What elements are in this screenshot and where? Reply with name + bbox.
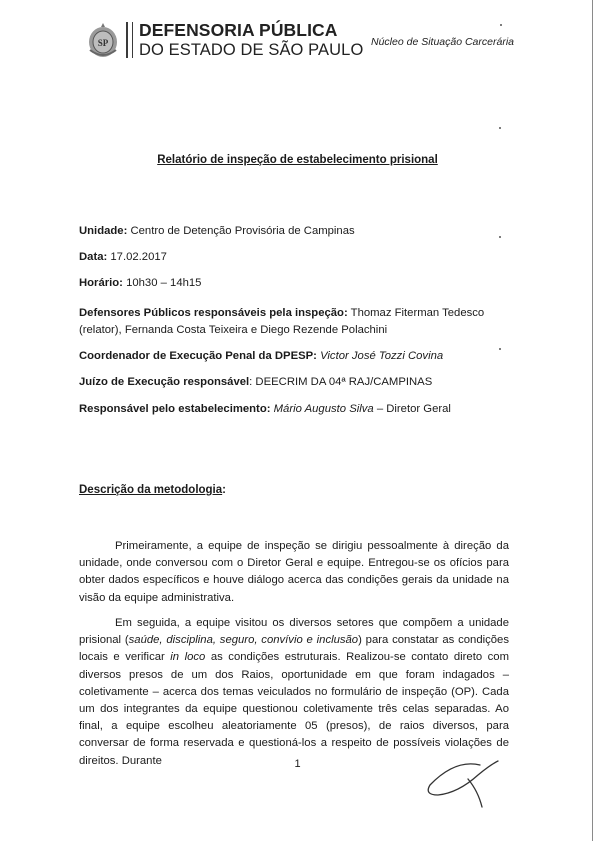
field-coordenador: Coordenador de Execução Penal da DPESP: …	[79, 348, 519, 365]
paragraph-2: Em seguida, a equipe visitou os diversos…	[79, 615, 509, 770]
svg-text:SP: SP	[98, 38, 109, 48]
page-edge	[592, 0, 593, 841]
logo-divider	[132, 22, 133, 58]
text-run-italic: saúde, disciplina, seguro, convívio e in…	[129, 634, 358, 646]
section-heading-text: Descrição da metodologia	[79, 484, 222, 496]
field-label: Horário:	[79, 277, 123, 289]
letterhead: SP DEFENSORIA PÚBLICA DO ESTADO DE SÃO P…	[86, 18, 363, 62]
field-label: Juízo de Execução responsável	[79, 376, 249, 388]
logo-line1: DEFENSORIA PÚBLICA	[139, 22, 363, 40]
field-value: 10h30 – 14h15	[126, 277, 201, 289]
logo-line2: DO ESTADO DE SÃO PAULO	[139, 42, 363, 59]
unit-name: Núcleo de Situação Carcerária	[371, 36, 514, 48]
field-label: Unidade:	[79, 225, 127, 237]
scan-speck	[499, 236, 501, 238]
field-label: Coordenador de Execução Penal da DPESP:	[79, 350, 317, 362]
section-heading: Descrição da metodologia:	[79, 484, 226, 496]
text-run-italic: in loco	[170, 651, 205, 663]
document-title: Relatório de inspeção de estabelecimento…	[0, 154, 595, 166]
field-value: Centro de Detenção Provisória de Campina…	[130, 225, 354, 237]
logo-wordmark: DEFENSORIA PÚBLICA DO ESTADO DE SÃO PAUL…	[139, 22, 363, 58]
section-heading-colon: :	[222, 484, 226, 496]
field-horario: Horário: 10h30 – 14h15	[79, 275, 519, 292]
field-juizo: Juízo de Execução responsável: DEECRIM D…	[79, 374, 519, 391]
field-responsavel: Responsável pelo estabelecimento: Mário …	[79, 401, 519, 418]
field-label: Data:	[79, 251, 107, 263]
signature-icon	[420, 757, 510, 813]
field-defensores: Defensores Públicos responsáveis pela in…	[79, 305, 519, 339]
field-label: Responsável pelo estabelecimento:	[79, 403, 271, 415]
logo-divider	[126, 22, 128, 58]
scan-speck	[500, 24, 502, 26]
text-run: as condições estruturais. Realizou-se co…	[79, 651, 509, 766]
scan-speck	[499, 348, 501, 350]
field-value-name: Mário Augusto Silva	[274, 403, 374, 415]
scan-speck	[499, 127, 501, 129]
field-data: Data: 17.02.2017	[79, 249, 519, 266]
field-value-role: – Diretor Geral	[377, 403, 451, 415]
field-value: 17.02.2017	[110, 251, 167, 263]
coat-of-arms-icon: SP	[86, 20, 120, 60]
paragraph-1: Primeiramente, a equipe de inspeção se d…	[79, 538, 509, 607]
field-value: : DEECRIM DA 04ª RAJ/CAMPINAS	[249, 376, 432, 388]
field-unidade: Unidade: Centro de Detenção Provisória d…	[79, 223, 519, 240]
field-label: Defensores Públicos responsáveis pela in…	[79, 307, 348, 319]
field-value: Victor José Tozzi Covina	[320, 350, 443, 362]
